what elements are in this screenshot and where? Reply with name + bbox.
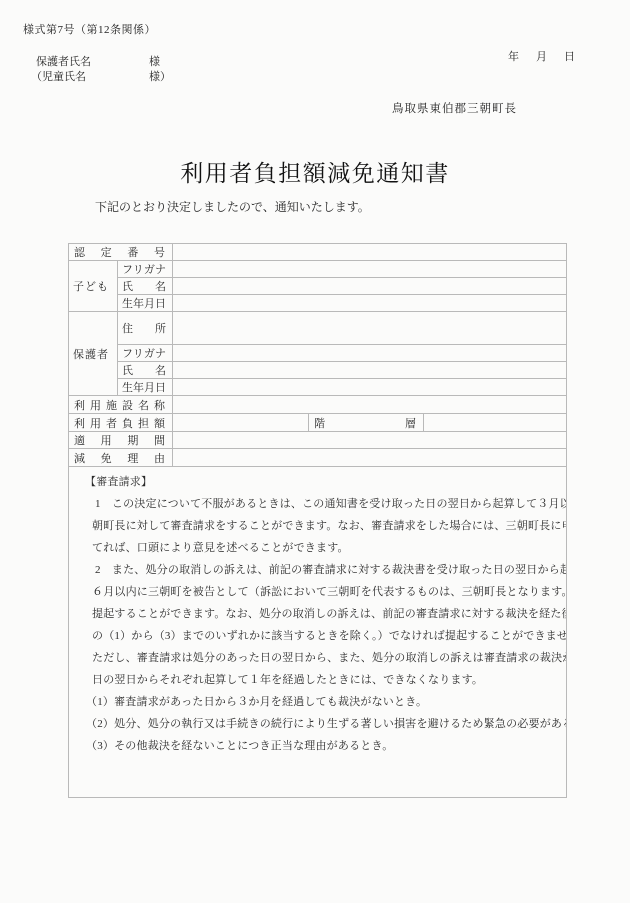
child-name-value (173, 278, 567, 295)
child-honorific: 様） (149, 71, 171, 84)
table-row: フリガナ (69, 345, 567, 362)
guardian-birthdate-value (173, 379, 567, 396)
appeal-line: の（1）から（3）までのいずれかに該当するときを除く。）でなければ提起することが… (69, 625, 558, 647)
appeal-line: てれば、口頭により意見を述べることができます。 (69, 537, 558, 559)
application-period-label: 適用期間 (69, 432, 173, 449)
child-birthdate-label: 生年月日 (118, 295, 173, 312)
child-birthdate-value (173, 295, 567, 312)
table-row: 保護者 住所 (69, 312, 567, 345)
exemption-reason-label: 減免理由 (69, 449, 173, 467)
guardian-furigana-value (173, 345, 567, 362)
issuer-mayor-line: 鳥取県東伯郡三朝町長 (392, 100, 517, 116)
appeal-line: ただし、審査請求は処分のあった日の翌日から、また、処分の取消しの訴えは審査請求の… (69, 647, 558, 669)
user-fee-label: 利用者負担額 (69, 414, 173, 432)
guardian-furigana-label: フリガナ (118, 345, 173, 362)
table-row: 子ども フリガナ (69, 261, 567, 278)
appeal-condition-line: （3）その他裁決を経ないことにつき正当な理由があるとき。 (69, 735, 558, 757)
facility-name-label: 利用施設名称 (69, 396, 173, 414)
guardian-address-value (173, 312, 567, 345)
appeal-heading: 【審査請求】 (69, 471, 558, 493)
guardian-honorific: 様 (149, 56, 160, 69)
application-form-table: 認定番号 子ども フリガナ 氏名 生年月日 保護者 住所 フリガナ 氏名 (68, 243, 567, 798)
table-row: 氏名 (69, 362, 567, 379)
user-fee-amount-value (173, 414, 309, 432)
child-furigana-value (173, 261, 567, 278)
document-title: 利用者負担額減免通知書 (0, 155, 630, 188)
date-line: 年 月 日 (508, 51, 575, 64)
guardian-birthdate-label: 生年月日 (118, 379, 173, 396)
table-row: 生年月日 (69, 379, 567, 396)
date-day-label: 日 (564, 51, 575, 64)
user-fee-tier-value (424, 414, 567, 432)
table-row: 利用施設名称 (69, 396, 567, 414)
appeal-notice-row: 【審査請求】 1 この決定について不服があるときは、この通知書を受け取った日の翌… (69, 467, 567, 798)
date-year-label: 年 (508, 51, 519, 64)
appeal-line: 提起することができます。なお、処分の取消しの訴えは、前記の審査請求に対する裁決を… (69, 603, 558, 625)
child-name-field-label: 氏名 (118, 278, 173, 295)
table-row: 適用期間 (69, 432, 567, 449)
appeal-condition-line: （2）処分、処分の執行又は手続きの続行により生ずる著しい損害を避けるため緊急の必… (69, 713, 558, 735)
appeal-condition-line: （1）審査請求があった日から３か月を経過しても裁決がないとき。 (69, 691, 558, 713)
table-row: 生年月日 (69, 295, 567, 312)
user-fee-tier-label: 階層 (309, 414, 424, 432)
date-month-label: 月 (536, 51, 547, 64)
appeal-line: ６月以内に三朝町を被告として（訴訟において三朝町を代表するものは、三朝町長となり… (69, 581, 558, 603)
child-group-label: 子ども (69, 261, 118, 312)
child-name-label: （児童氏名 (31, 71, 86, 84)
appeal-line: 1 この決定について不服があるときは、この通知書を受け取った日の翌日から起算して… (69, 493, 558, 515)
document-subtitle: 下記のとおり決定しましたので、通知いたします。 (95, 198, 370, 215)
guardian-name-field-label: 氏名 (118, 362, 173, 379)
appeal-line: 朝町長に対して審査請求をすることができます。なお、審査請求をした場合には、三朝町… (69, 515, 558, 537)
table-row: 氏名 (69, 278, 567, 295)
guardian-address-label: 住所 (118, 312, 173, 345)
table-row: 減免理由 (69, 449, 567, 467)
table-row: 認定番号 (69, 244, 567, 261)
document-page: 様式第7号（第12条関係） 年 月 日 保護者氏名 様 （児童氏名 様） 鳥取県… (0, 0, 630, 903)
application-period-value (173, 432, 567, 449)
table-row: 利用者負担額 階層 (69, 414, 567, 432)
appeal-line: 2 また、処分の取消しの訴えは、前記の審査請求に対する裁決書を受け取った日の翌日… (69, 559, 558, 581)
child-furigana-label: フリガナ (118, 261, 173, 278)
guardian-name-label: 保護者氏名 (36, 56, 91, 69)
form-number: 様式第7号（第12条関係） (23, 24, 156, 37)
facility-name-value (173, 396, 567, 414)
appeal-line: 日の翌日からそれぞれ起算して１年を経過したときには、できなくなります。 (69, 669, 558, 691)
certification-number-value (173, 244, 567, 261)
guardian-group-label: 保護者 (69, 312, 118, 396)
certification-number-label: 認定番号 (69, 244, 173, 261)
exemption-reason-value (173, 449, 567, 467)
appeal-notice-box: 【審査請求】 1 この決定について不服があるときは、この通知書を受け取った日の翌… (69, 467, 567, 798)
guardian-name-value (173, 362, 567, 379)
